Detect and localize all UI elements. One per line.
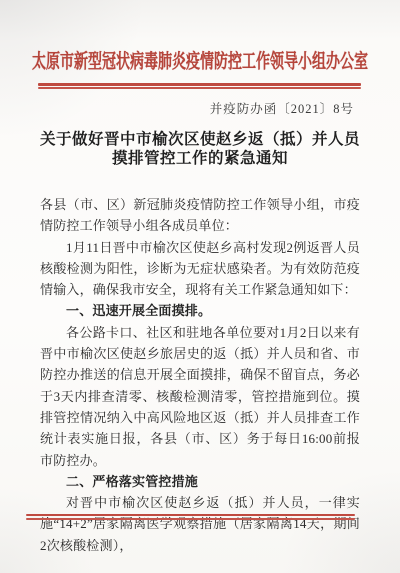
- section1-paragraph: 各公路卡口、社区和驻地各单位要对1月2日以来有晋中市榆次区使赵乡旅居史的返（抵）…: [40, 322, 360, 471]
- section1-heading: 一、迅速开展全面摸排。: [40, 300, 360, 321]
- document-title: 关于做好晋中市榆次区使赵乡返（抵）并人员 摸排管控工作的紧急通知: [20, 130, 380, 168]
- section2-heading: 二、严格落实管控措施: [40, 471, 360, 492]
- salutation: 各县（市、区）新冠肺炎疫情防控工作领导小组，市疫情防控工作领导小组各成员单位：: [40, 194, 360, 237]
- footer-double-rule: [26, 514, 355, 520]
- section2-paragraph: 对晋中市榆次区使赵乡返（抵）并人员，一律实施“14+2”居家隔离医学观察措施（居…: [40, 492, 360, 556]
- document-title-line2: 摸排管控工作的紧急通知: [20, 149, 380, 168]
- document-body: 各县（市、区）新冠肺炎疫情防控工作领导小组，市疫情防控工作领导小组各成员单位： …: [40, 194, 360, 556]
- footer-rule-bottom-bar: [26, 518, 355, 520]
- header-double-rule: [38, 83, 361, 89]
- document-page: 太原市新型冠状病毒肺炎疫情防控工作领导小组办公室 并疫防办函〔2021〕8号 关…: [0, 0, 400, 573]
- intro-paragraph: 1月11日晋中市榆次区使赵乡高村发现2例返晋人员核酸检测为阳性，诊断为无症状感染…: [40, 237, 360, 301]
- document-title-line1: 关于做好晋中市榆次区使赵乡返（抵）并人员: [20, 130, 380, 149]
- document-number: 并疫防办函〔2021〕8号: [210, 99, 354, 117]
- header-rule-bottom-bar: [38, 87, 361, 89]
- issuer-masthead: 太原市新型冠状病毒肺炎疫情防控工作领导小组办公室: [0, 47, 400, 75]
